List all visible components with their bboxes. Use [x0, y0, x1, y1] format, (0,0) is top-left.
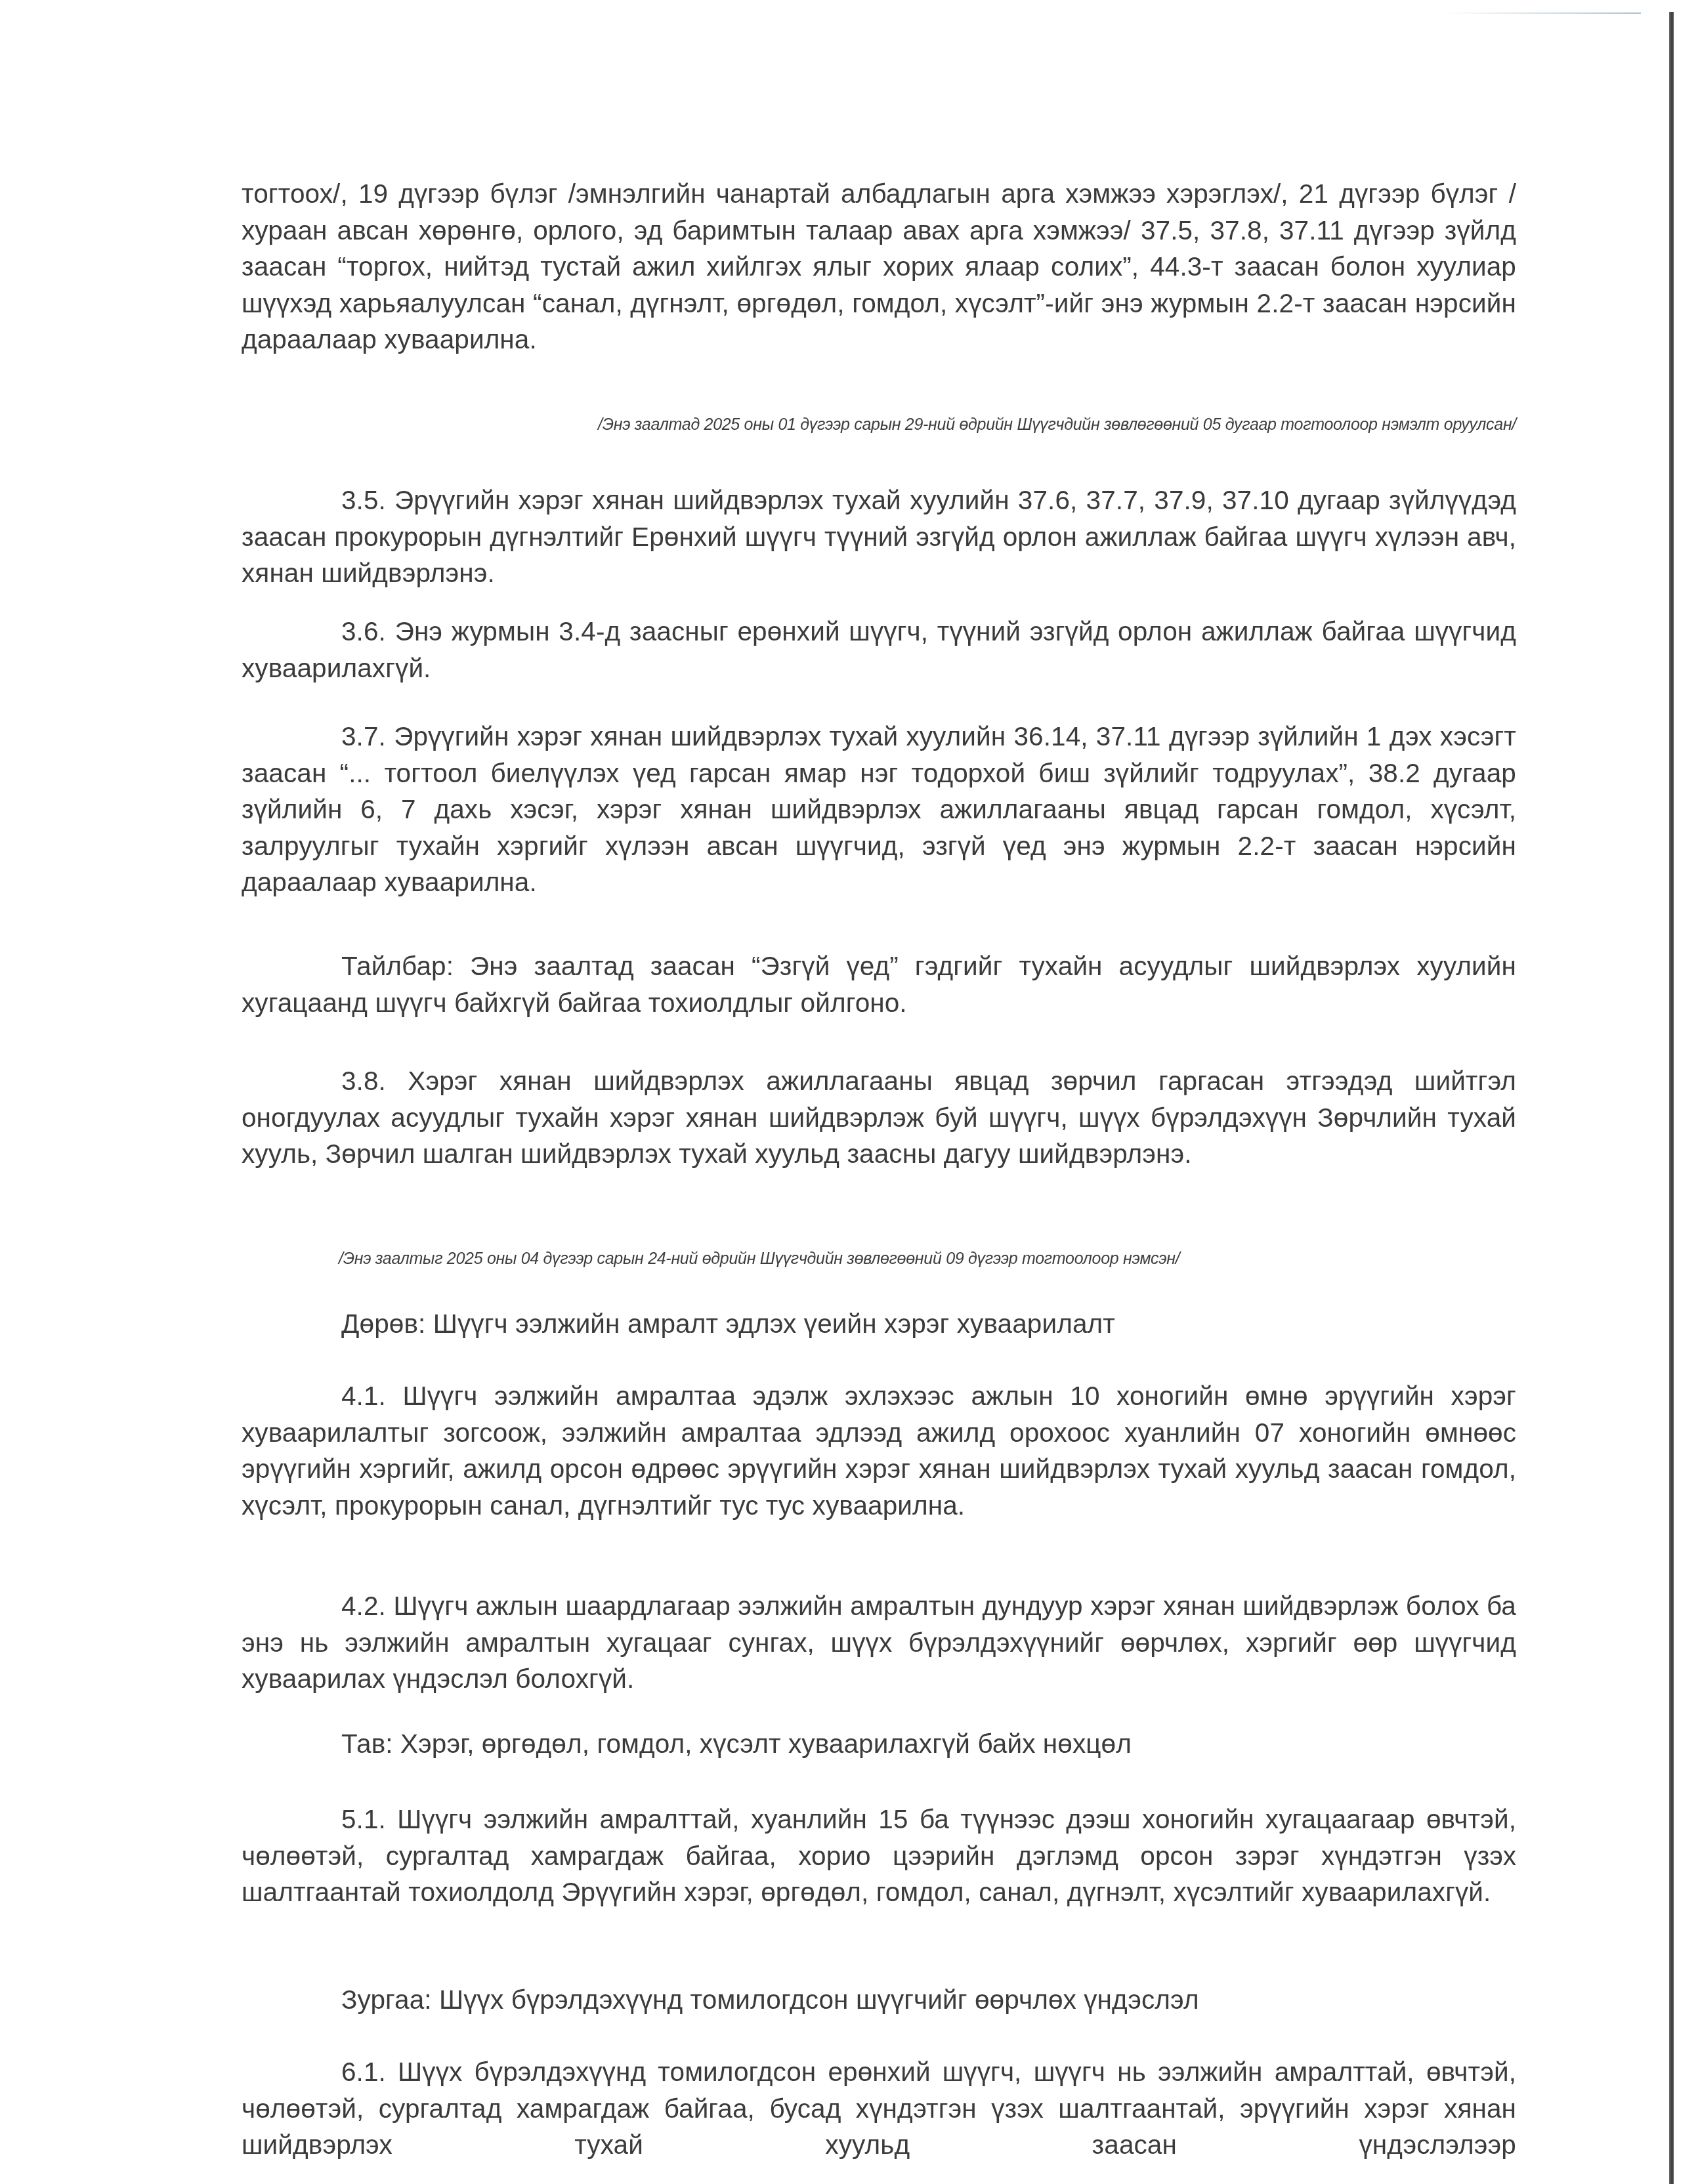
paragraph-5-1: 5.1. Шүүгч ээлжийн амралттай, хуанлийн 1… [242, 1801, 1516, 1911]
page-edge-border [1669, 12, 1674, 2184]
amendment-note-2: /Энэ заалтыг 2025 оны 04 дүгээр сарын 24… [339, 1249, 1179, 1269]
amendment-note-1: /Энэ заалтад 2025 оны 01 дүгээр сарын 29… [242, 415, 1516, 434]
paragraph-3-7: 3.7. Эрүүгийн хэрэг хянан шийдвэрлэх тух… [242, 719, 1516, 901]
paragraph-3-8: 3.8. Хэрэг хянан шийдвэрлэх ажиллагааны … [242, 1063, 1516, 1173]
section-heading-4: Дөрөв: Шүүгч ээлжийн амралт эдлэх үеийн … [242, 1306, 1516, 1343]
paragraph-3-6: 3.6. Энэ журмын 3.4-д заасныг ерөнхий шү… [242, 614, 1516, 686]
paragraph-4-2: 4.2. Шүүгч ажлын шаардлагаар ээлжийн амр… [242, 1588, 1516, 1698]
section-heading-5: Тав: Хэрэг, өргөдөл, гомдол, хүсэлт хува… [242, 1726, 1516, 1763]
paragraph-continuation: тогтоох/, 19 дүгээр бүлэг /эмнэлгийн чан… [242, 176, 1516, 358]
section-heading-6: Зургаа: Шүүх бүрэлдэхүүнд томилогдсон шү… [242, 1982, 1516, 2019]
paragraph-6-1: 6.1. Шүүх бүрэлдэхүүнд томилогдсон ерөнх… [242, 2054, 1516, 2164]
scan-artifact-streak [1444, 12, 1641, 14]
paragraph-3-5: 3.5. Эрүүгийн хэрэг хянан шийдвэрлэх тух… [242, 482, 1516, 592]
paragraph-explanation-note: Тайлбар: Энэ заалтад заасан “Эзгүй үед” … [242, 948, 1516, 1021]
paragraph-4-1: 4.1. Шүүгч ээлжийн амралтаа эдэлж эхлэхэ… [242, 1378, 1516, 1524]
